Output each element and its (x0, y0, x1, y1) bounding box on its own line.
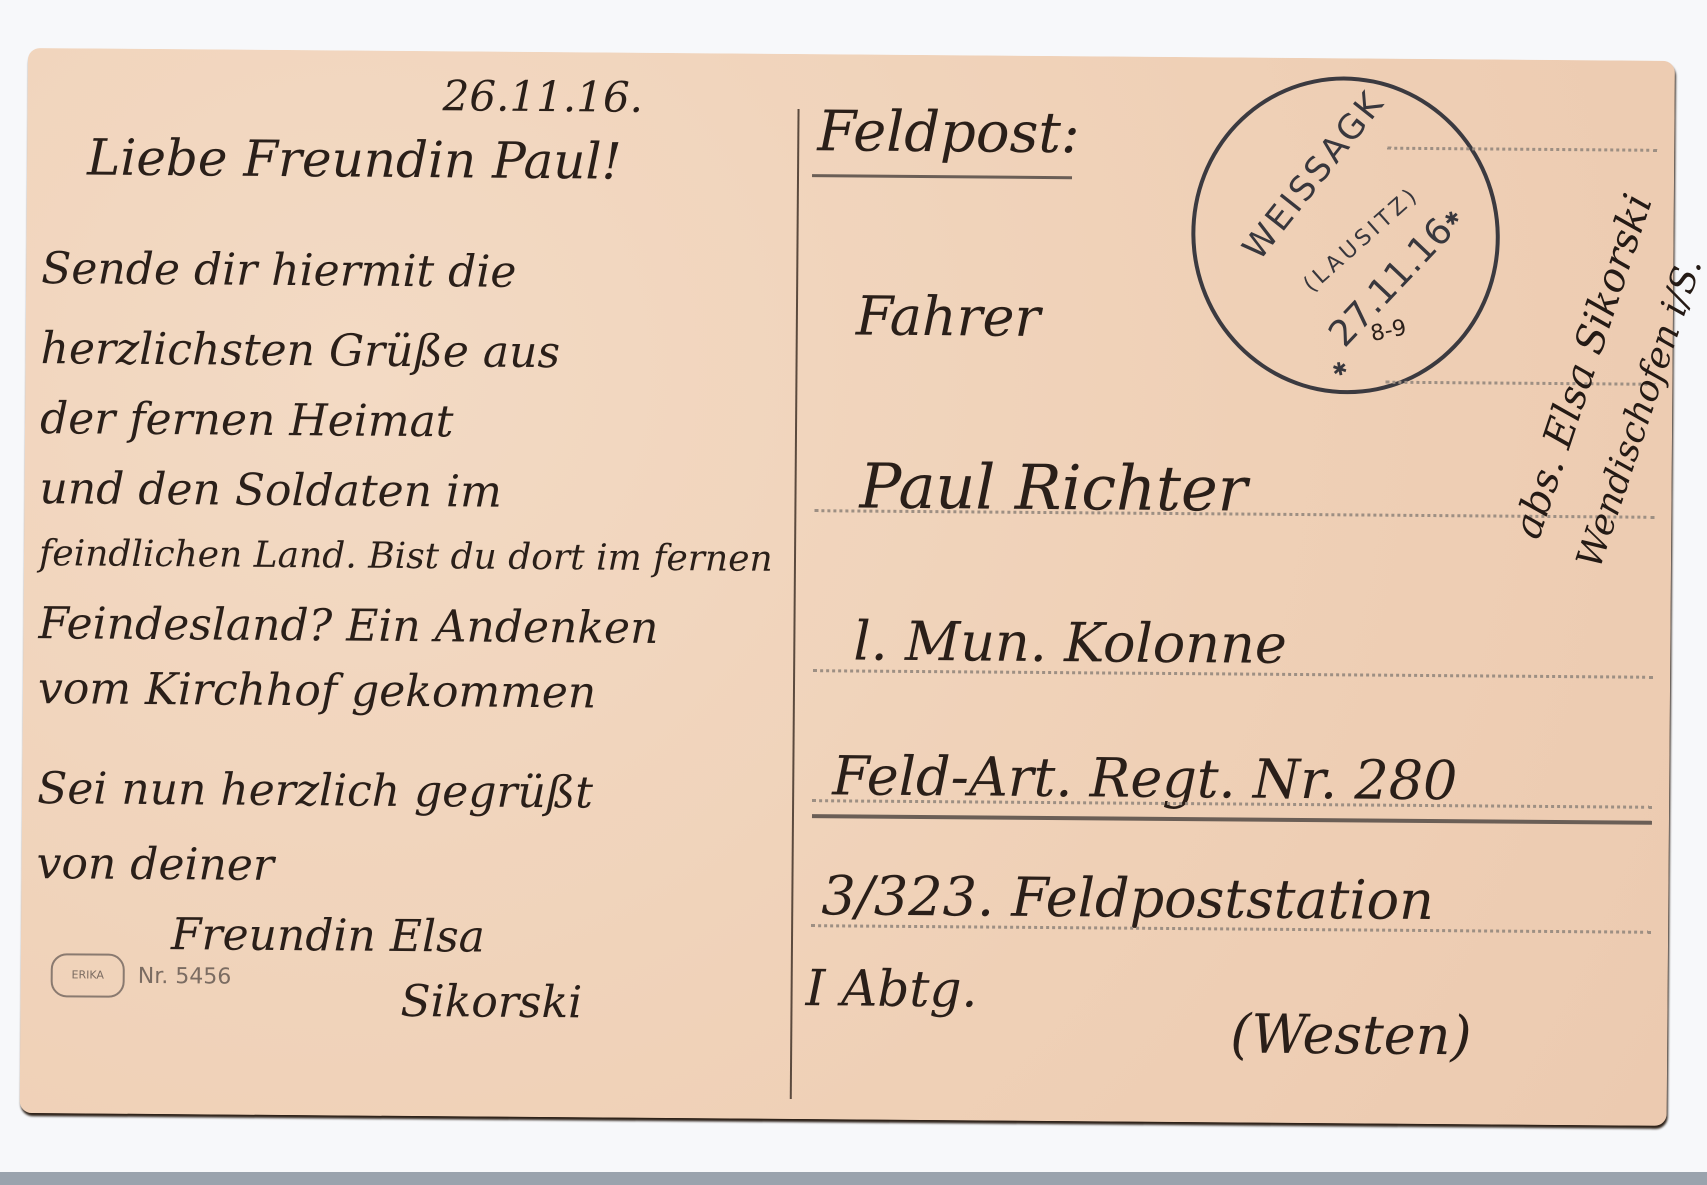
message-line: vom Kirchhof gekommen (38, 663, 597, 718)
header-underline (812, 174, 1072, 179)
message-line: der fernen Heimat (40, 393, 454, 447)
feldpost-header: Feldpost: (817, 99, 1080, 166)
date-written: 26.11.16. (442, 71, 643, 122)
star-icon: ✱ (1443, 207, 1462, 231)
message-line: Sende dir hiermit die (41, 243, 517, 298)
addressee-unit: l. Mun. Kolonne (853, 610, 1287, 676)
message-line: Liebe Freundin Paul! (87, 128, 622, 190)
postmark: WEISSAGK (LAUSITZ) 27.11.16 ✱ ✱ 8-9 (1163, 49, 1528, 422)
center-divider (790, 109, 800, 1099)
postcard: 26.11.16. Liebe Freundin Paul! Sende dir… (20, 48, 1675, 1126)
message-line: herzlichsten Grüße aus (40, 323, 560, 378)
erika-logo-icon: ERIKA (51, 953, 125, 998)
catalog-number: Nr. 5456 (138, 963, 232, 989)
postal-station: 3/323. Feldpoststation (821, 864, 1434, 932)
scan-background-edge (0, 1172, 1707, 1185)
message-line: Feindesland? Ein Andenken (38, 598, 658, 654)
address-solid-line (812, 814, 1652, 825)
message-line: feindlichen Land. Bist du dort im fernen (39, 533, 773, 580)
message-line: von deiner (36, 838, 274, 891)
message-body: Liebe Freundin Paul! Sende dir hiermit d… (28, 48, 1675, 61)
message-line: und den Soldaten im (39, 463, 502, 518)
address-dotted-line (1385, 381, 1655, 386)
signature-surname: Sikorski (400, 976, 582, 1028)
division: I Abtg. (805, 959, 977, 1018)
publisher-imprint: ERIKA Nr. 5456 (51, 953, 232, 998)
region: (Westen) (1230, 1002, 1472, 1067)
addressee-rank: Fahrer (856, 285, 1041, 349)
star-icon: ✱ (1330, 358, 1349, 382)
message-line: Sei nun herzlich gegrüßt (37, 763, 593, 818)
